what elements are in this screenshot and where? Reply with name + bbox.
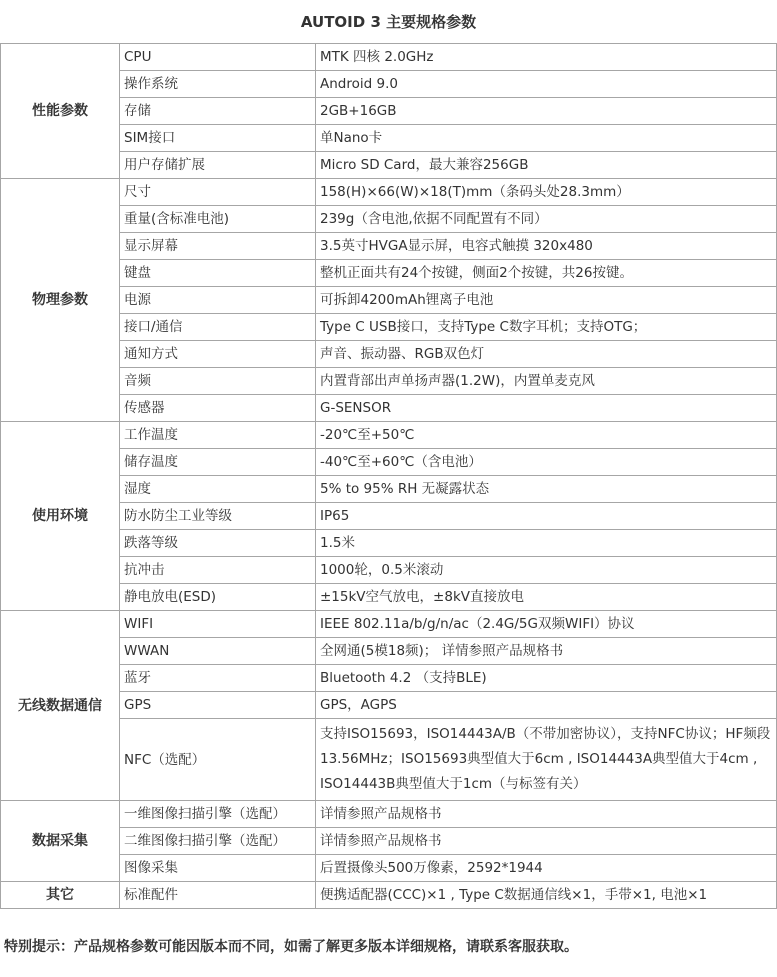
spec-label: 静电放电(ESD): [120, 584, 316, 611]
spec-value: 整机正面共有24个按键，侧面2个按键，共26按键。: [316, 260, 777, 287]
table-row: 使用环境 工作温度 -20℃至+50℃: [1, 422, 777, 449]
spec-label: 用户存储扩展: [120, 152, 316, 179]
spec-label: 工作温度: [120, 422, 316, 449]
spec-label: 显示屏幕: [120, 233, 316, 260]
spec-value: 便携适配器(CCC)×1 , Type C数据通信线×1，手带×1, 电池×1: [316, 882, 777, 909]
spec-label: 防水防尘工业等级: [120, 503, 316, 530]
spec-value: 单Nano卡: [316, 125, 777, 152]
special-note: 特别提示：产品规格参数可能因版本而不同，如需了解更多版本详细规格，请联系客服获取…: [4, 937, 578, 957]
spec-value: IP65: [316, 503, 777, 530]
spec-label: GPS: [120, 692, 316, 719]
spec-value: 声音、振动器、RGB双色灯: [316, 341, 777, 368]
spec-value: 后置摄像头500万像素，2592*1944: [316, 855, 777, 882]
spec-table: 性能参数 CPU MTK 四核 2.0GHz 操作系统Android 9.0 存…: [0, 43, 777, 909]
category-cell: 无线数据通信: [1, 611, 120, 801]
spec-value: -20℃至+50℃: [316, 422, 777, 449]
spec-label: 二维图像扫描引擎（选配）: [120, 828, 316, 855]
spec-value: GPS，AGPS: [316, 692, 777, 719]
spec-value: 239g（含电池,依据不同配置有不同）: [316, 206, 777, 233]
spec-label: 标准配件: [120, 882, 316, 909]
spec-label: 湿度: [120, 476, 316, 503]
spec-label: WIFI: [120, 611, 316, 638]
spec-value: 3.5英寸HVGA显示屏，电容式触摸 320x480: [316, 233, 777, 260]
spec-label: 一维图像扫描引擎（选配）: [120, 801, 316, 828]
spec-value: 158(H)×66(W)×18(T)mm（条码头处28.3mm）: [316, 179, 777, 206]
spec-value: 5% to 95% RH 无凝露状态: [316, 476, 777, 503]
category-cell: 性能参数: [1, 44, 120, 179]
spec-label: NFC（选配）: [120, 719, 316, 801]
table-row: 数据采集 一维图像扫描引擎（选配） 详情参照产品规格书: [1, 801, 777, 828]
spec-value: 1.5米: [316, 530, 777, 557]
spec-value: 2GB+16GB: [316, 98, 777, 125]
spec-value: G-SENSOR: [316, 395, 777, 422]
spec-value: MTK 四核 2.0GHz: [316, 44, 777, 71]
spec-label: 图像采集: [120, 855, 316, 882]
table-row: 其它 标准配件 便携适配器(CCC)×1 , Type C数据通信线×1，手带×…: [1, 882, 777, 909]
spec-value: 全网通(5模18频)； 详情参照产品规格书: [316, 638, 777, 665]
spec-value: IEEE 802.11a/b/g/n/ac（2.4G/5G双频WIFI）协议: [316, 611, 777, 638]
category-cell: 数据采集: [1, 801, 120, 882]
spec-label: 蓝牙: [120, 665, 316, 692]
spec-label: 传感器: [120, 395, 316, 422]
category-cell: 其它: [1, 882, 120, 909]
spec-value: 可拆卸4200mAh锂离子电池: [316, 287, 777, 314]
spec-label: 操作系统: [120, 71, 316, 98]
table-row: 物理参数 尺寸 158(H)×66(W)×18(T)mm（条码头处28.3mm）: [1, 179, 777, 206]
spec-label: SIM接口: [120, 125, 316, 152]
category-cell: 物理参数: [1, 179, 120, 422]
spec-label: WWAN: [120, 638, 316, 665]
table-row: 无线数据通信 WIFI IEEE 802.11a/b/g/n/ac（2.4G/5…: [1, 611, 777, 638]
spec-label: 储存温度: [120, 449, 316, 476]
spec-value: Android 9.0: [316, 71, 777, 98]
spec-label: 键盘: [120, 260, 316, 287]
spec-label: 通知方式: [120, 341, 316, 368]
spec-value: Micro SD Card，最大兼容256GB: [316, 152, 777, 179]
spec-label: 抗冲击: [120, 557, 316, 584]
spec-value: 详情参照产品规格书: [316, 801, 777, 828]
category-cell: 使用环境: [1, 422, 120, 611]
spec-value: ±15kV空气放电，±8kV直接放电: [316, 584, 777, 611]
spec-value: Bluetooth 4.2 （支持BLE): [316, 665, 777, 692]
spec-value: 内置背部出声单扬声器(1.2W)，内置单麦克风: [316, 368, 777, 395]
spec-value: Type C USB接口，支持Type C数字耳机；支持OTG；: [316, 314, 777, 341]
page-title: AUTOID 3 主要规格参数: [0, 10, 777, 34]
spec-value: 1000轮，0.5米滚动: [316, 557, 777, 584]
spec-label: 尺寸: [120, 179, 316, 206]
spec-value: -40℃至+60℃（含电池）: [316, 449, 777, 476]
spec-label: 电源: [120, 287, 316, 314]
spec-label: 存储: [120, 98, 316, 125]
spec-label: 接口/通信: [120, 314, 316, 341]
spec-value: 详情参照产品规格书: [316, 828, 777, 855]
spec-value: 支持ISO15693，ISO14443A/B（不带加密协议），支持NFC协议；H…: [316, 719, 777, 801]
table-row: 性能参数 CPU MTK 四核 2.0GHz: [1, 44, 777, 71]
spec-label: CPU: [120, 44, 316, 71]
spec-label: 音频: [120, 368, 316, 395]
spec-label: 跌落等级: [120, 530, 316, 557]
spec-label: 重量(含标准电池): [120, 206, 316, 233]
